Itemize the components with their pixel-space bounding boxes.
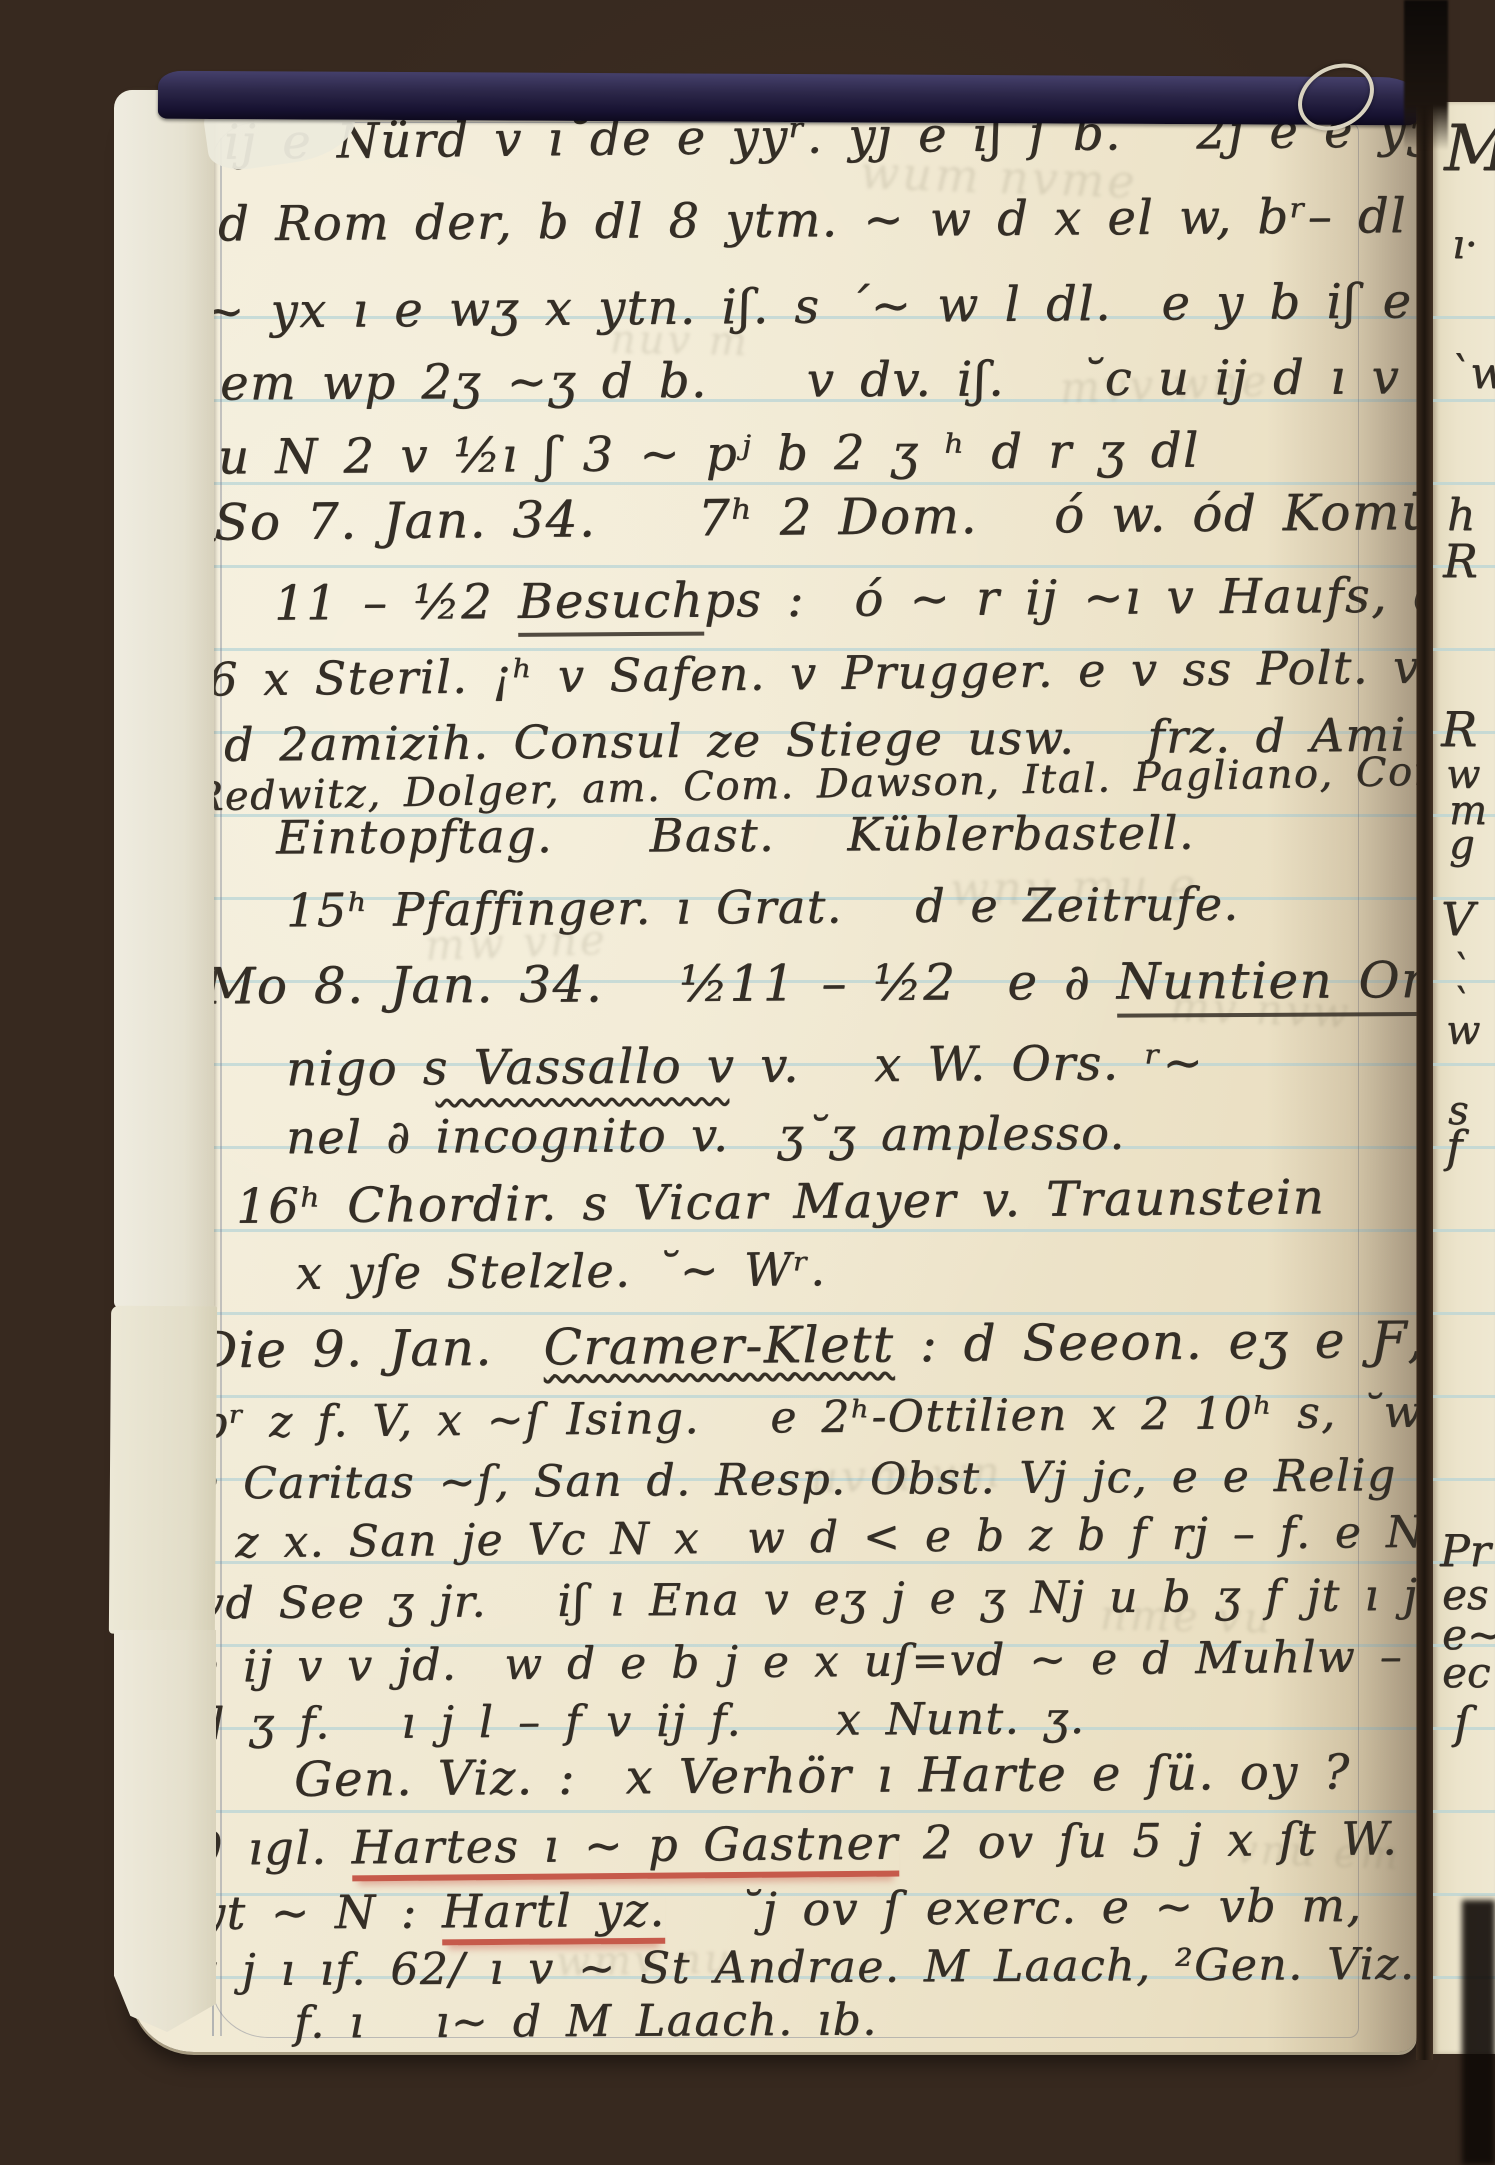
handwriting-line: pʳ z f. V, x ~ſ Ising. e 2ʰ-Ottilien x 2…: [199, 1391, 1417, 1446]
handwriting-underlined-segment: Cramer-Klett: [543, 1315, 894, 1376]
handwriting-line: e Caritas ~ſ, San d. Resp. Obst. Vj jc, …: [192, 1453, 1417, 1506]
handwriting-segment: d ʒ f. ı j l – f v ij f. x Nunt. ʒ.: [196, 1693, 1086, 1750]
handwriting-line: 15ʰ Pfaffinger. ı Grat. d e Zeitrufe.: [286, 881, 1240, 934]
handwriting-segment: ʒ˘ʒ amplesso.: [729, 1106, 1126, 1162]
handwriting-segment: Eintopftag. Bast. Küblerbastell.: [276, 806, 1195, 865]
handwriting-line: x yſe Stelzle. ˘~ Wʳ.: [296, 1246, 827, 1296]
handwriting-segment: So 7. Jan. 34. 7ʰ 2 Dom. ó w. ód Komūn.: [214, 482, 1417, 551]
handwriting-line: e ij v v jd. w d e b j e x uſ=vd ~ e d M…: [192, 1634, 1417, 1690]
handwriting-segment: ps : ó ~ r ij ~ı v Haufs, e ſa˘w: [704, 566, 1417, 628]
handwriting-line: nigo s Vassallo v v. x W. Ors. ʳ~: [286, 1039, 1204, 1093]
facing-page-letter-fragment: ı·: [1452, 222, 1478, 268]
facing-page-letter-fragment: V: [1441, 892, 1474, 946]
handwriting-line: yt ~ N : Hartl yz. ˘j ov ſ exerc. e ~ vb…: [199, 1882, 1363, 1936]
handwriting-segment: ~ yx ı e wʒ x ytn. iʃ. s ´~ w l dl. e y …: [204, 272, 1417, 340]
handwriting-line: em wp 2ʒ ~ʒ d b. v dv. iʃ. ˘c u ij d ı v…: [220, 353, 1417, 408]
handwriting-line: 6 x Steril. ¡ʰ v Safen. v Prugger. e v s…: [208, 644, 1417, 703]
handwriting-segment: 2 ov ſu 5 j x ſt W. Vbl: [898, 1810, 1417, 1869]
cover-edge-band: [158, 71, 1418, 126]
page-gutter: [1416, 92, 1433, 2060]
facing-page-letter-fragment: R: [1443, 534, 1478, 588]
handwriting-line: 9 ıgl. Hartes ı ~ p Gastner 2 ov ſu 5 j …: [193, 1814, 1417, 1871]
facing-page-edge: Mı·`whRRwmgV``wsfPrese~ecſ: [1433, 102, 1495, 2054]
facing-page-letter-fragment: f: [1446, 1122, 1462, 1173]
handwriting-segment: vd See ʒ jr. iʃ ı Ena v eʒ j e ʒ Nj u b …: [199, 1570, 1417, 1630]
handwriting-line: Eintopftag. Bast. Küblerbastell.: [276, 810, 1195, 861]
handwriting-segment: 9 ıgl.: [193, 1820, 352, 1875]
handwriting-segment: : d Seeon. eʒ e Ƒ,: [894, 1311, 1417, 1374]
handwriting-segment: u N 2 v ½ı ʃ 3 ~ pʲ b 2 ʒ ʰ d r ʒ dl: [218, 423, 1200, 486]
handwriting-segment: 15ʰ Pfaffinger. ı Grat. d e Zeitrufe.: [286, 877, 1240, 938]
handwriting-line: l z x. San je Vc N x w d < e b z b f rj …: [196, 1511, 1417, 1566]
handwriting-line: Gen. Viz. : x Verhör ı Harte e ſü. oy ?: [294, 1748, 1351, 1803]
handwriting-segment: x yſe Stelzle. ˘~ Wʳ.: [296, 1242, 827, 1300]
handwriting-segment: v j ı ıf. 62/ ı v ~ St Andrae. M Laach, …: [192, 1939, 1416, 1996]
diary-scan-photo: wum nvmemvv wnenuv mwnv mu emv nvwuvm wn…: [0, 0, 1495, 2165]
handwriting-underlined-segment: Besuch: [518, 573, 704, 637]
handwriting-line: f. ı ı~ d M Laach. ıb.: [294, 1998, 878, 2045]
handwriting-segment: 16ʰ Chordir. s Vicar Mayer v. Traunstein: [236, 1169, 1325, 1235]
handwriting-segment: Die 9. Jan.: [197, 1318, 544, 1379]
under-page-edge: [109, 1306, 217, 1635]
handwriting-segment: e Caritas ~ſ, San d. Resp. Obst. Vj jc, …: [192, 1449, 1417, 1509]
handwriting-segment: Gen. Viz. : x Verhör ı Harte e ſü. oy ?: [294, 1744, 1351, 1807]
handwriting-line: 11 – ½2 Besuchps : ó ~ r ij ~ı v Haufs, …: [274, 570, 1417, 627]
handwriting-segment: nel ∂: [286, 1109, 436, 1164]
handwriting-segment: nigo s Vassallo v v. x W. Ors. ʳ~: [286, 1035, 1204, 1097]
handwriting-underlined-segment: Nuntien Orse-: [1116, 951, 1417, 1018]
notebook-page: wum nvmemvv wnenuv mwnv mu emv nvwuvm wn…: [130, 96, 1417, 2052]
facing-page-letter-fragment: w: [1446, 1008, 1480, 1054]
handwriting-underlined-segment: incognito v.: [435, 1108, 729, 1164]
handwriting-line: d ʒ f. ı j l – f v ij f. x Nunt. ʒ.: [196, 1697, 1086, 1747]
handwriting-segment: 11 – ½2: [274, 574, 518, 632]
handwriting-segment: Mo 8. Jan. 34. ½11 – ½2 e ∂: [204, 953, 1117, 1016]
handwriting-line: ~ yx ı e wʒ x ytn. iʃ. s ´~ w l dl. e y …: [204, 276, 1417, 336]
handwriting-line: v j ı ıf. 62/ ı v ~ St Andrae. M Laach, …: [192, 1943, 1415, 1993]
handwriting-underlined-segment: Hartes ı ~ p Gastner: [351, 1816, 899, 1882]
handwriting-segment: ˘j ov ſ exerc. e ~ vb m,: [665, 1878, 1362, 1937]
handwriting-line: So 7. Jan. 34. 7ʰ 2 Dom. ó w. ód Komūn.: [214, 486, 1417, 547]
handwriting-segment: f. ı ı~ d M Laach. ıb.: [294, 1994, 878, 2048]
facing-page-letter-fragment: ec: [1442, 1648, 1490, 1697]
handwriting-segment: d Rom der, b dl 8 ytm. ~ w d x el w, bʳ–…: [218, 188, 1417, 253]
facing-page-letter-fragment: M: [1444, 112, 1495, 186]
under-page-edge: [114, 90, 214, 1308]
under-page-edge: [114, 1630, 216, 2032]
handwriting-line: d Rom der, b dl 8 ytm. ~ w d x el w, bʳ–…: [218, 192, 1417, 249]
handwriting-segment: em wp 2ʒ ~ʒ d b. v dv. iʃ. ˘c u ij d ı v…: [220, 349, 1417, 412]
handwriting-segment: yt ~ N :: [199, 1884, 442, 1940]
handwriting-underlined-segment: Hartl yz.: [442, 1883, 666, 1946]
handwriting-line: Mo 8. Jan. 34. ½11 – ½2 e ∂ Nuntien Orse…: [204, 955, 1417, 1012]
handwriting-segment: e ij v v jd. w d e b j e x uſ=vd ~ e d M…: [192, 1630, 1417, 1693]
facing-page-letter-fragment: g: [1449, 822, 1475, 868]
handwriting-line: 16ʰ Chordir. s Vicar Mayer v. Traunstein: [236, 1173, 1325, 1231]
spine-shadow: [1404, 0, 1448, 150]
facing-page-letter-fragment: R: [1441, 702, 1477, 758]
handwriting-segment: l z x. San je Vc N x w d < e b z b f rj …: [196, 1507, 1417, 1569]
handwriting-line: vd See ʒ jr. iʃ ı Ena v eʒ j e ʒ Nj u b …: [199, 1574, 1417, 1627]
handwriting-segment: pʳ z f. V, x ~ſ Ising. e 2ʰ-Ottilien x 2…: [199, 1387, 1417, 1449]
binding-shadow: [1462, 1900, 1495, 2165]
facing-page-letter-fragment: `w: [1448, 348, 1495, 399]
handwriting-line: nel ∂ incognito v. ʒ˘ʒ amplesso.: [286, 1110, 1126, 1160]
handwriting-line: Die 9. Jan. Cramer-Klett : d Seeon. eʒ e…: [197, 1315, 1417, 1376]
handwriting-line: u N 2 v ½ı ʃ 3 ~ pʲ b 2 ʒ ʰ d r ʒ dl: [218, 427, 1200, 482]
facing-page-letter-fragment: ſ: [1454, 1698, 1470, 1749]
